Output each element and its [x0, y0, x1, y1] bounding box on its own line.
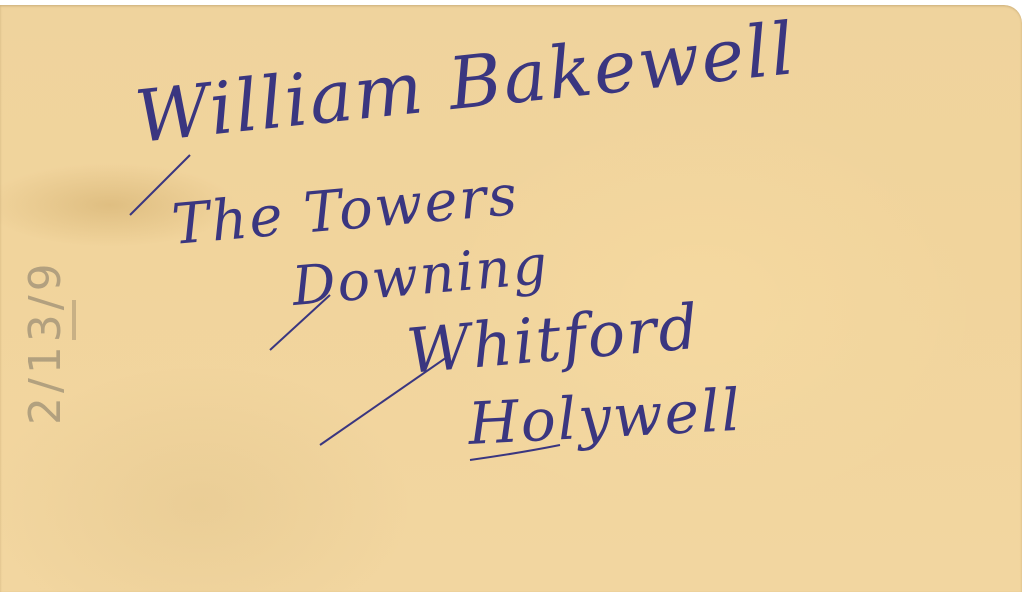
- address-county: Holywell: [466, 376, 743, 458]
- address-card: William Bakewell The Towers Downing Whit…: [0, 5, 1022, 592]
- pencil-note: 2/13/9: [20, 259, 71, 425]
- addressee-name: William Bakewell: [131, 6, 799, 159]
- pencil-mark: [72, 300, 76, 340]
